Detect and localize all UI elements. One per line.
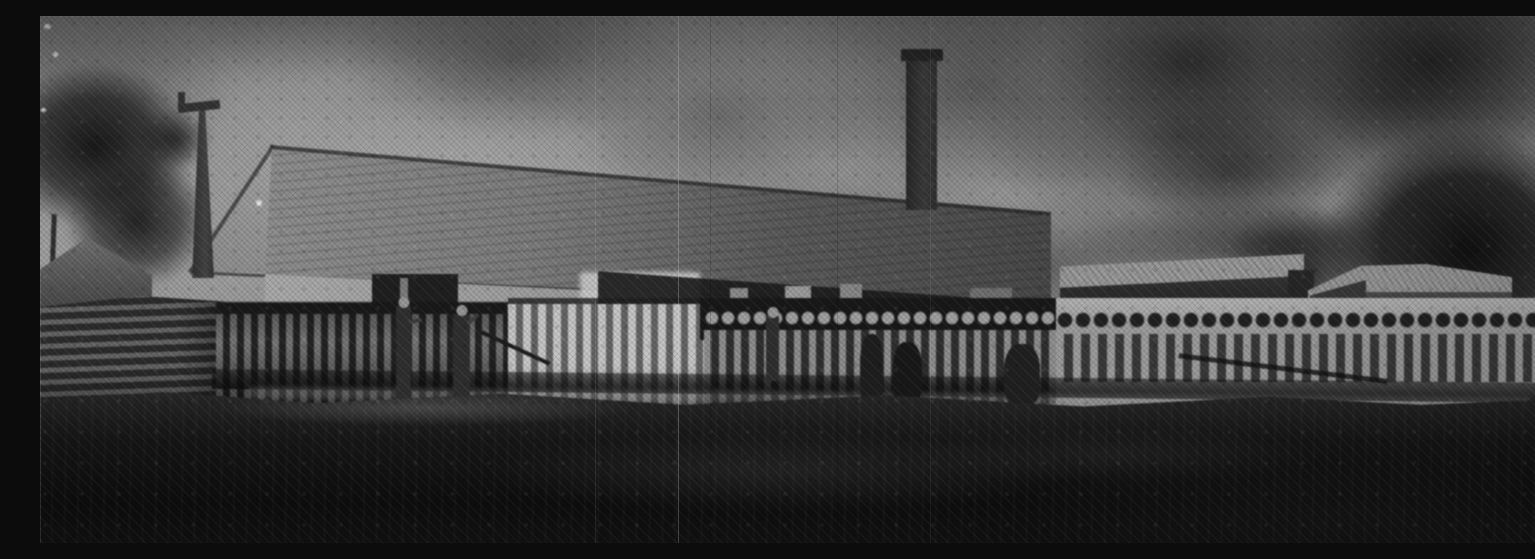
scratch-line-4 [837, 16, 838, 543]
white-speck-3 [53, 52, 58, 57]
scratch-line-1 [595, 16, 596, 543]
white-speck-4 [41, 108, 46, 112]
tall-chimney [906, 52, 937, 210]
figure-near-fence-3 [1004, 344, 1040, 404]
halftone-photograph [40, 16, 1535, 543]
white-speck-1 [256, 200, 262, 206]
stovepipe-cap-tip [178, 92, 185, 110]
fence-pickets-right [1056, 334, 1535, 382]
scratch-line-5 [930, 16, 931, 543]
person-standing-left [396, 297, 411, 403]
scratch-line-2 [678, 16, 679, 543]
tall-chimney-cap [901, 49, 943, 61]
person-standing-center [453, 305, 470, 409]
foreground-field [40, 384, 1535, 543]
scratch-line-3 [710, 16, 711, 543]
figure-near-fence-1 [860, 334, 883, 402]
figure-near-fence-2 [893, 342, 922, 402]
white-speck-2 [44, 24, 51, 29]
photo-scene [40, 16, 1535, 543]
person-at-fence [766, 307, 779, 381]
